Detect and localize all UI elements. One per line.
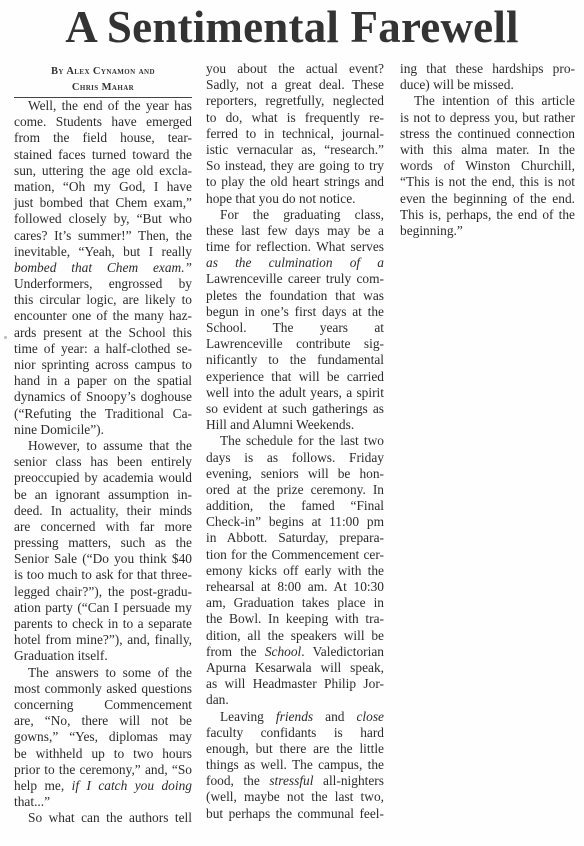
text-line: Graduation itself. [14, 648, 192, 664]
text-line: parents to check in to a separate [14, 616, 192, 632]
text-line: most commonly asked questions [14, 681, 192, 697]
text-line: legged chair?”), the post-gradu- [14, 584, 192, 600]
text-line: time of year: a half-clothed se- [14, 341, 192, 357]
text-line: experience that will be carried [206, 369, 384, 385]
text-line: in Abbott. Saturday, prepara- [206, 530, 384, 546]
text-line: beginning.” [400, 223, 575, 239]
text-line: dynamics of Snoopy’s doghouse [14, 389, 192, 405]
text-line: time for reflection. What serves [206, 239, 384, 255]
text-line: so evident at such gatherings as [206, 401, 384, 417]
text-line: with this alma mater. In the [400, 142, 575, 158]
text-line: faculty confidants is hard [206, 725, 384, 741]
text-line: (well, maybe not the last two, [206, 789, 384, 805]
article-column-2: you about the actual event?Sadly, not a … [206, 61, 384, 822]
column-2-text: you about the actual event?Sadly, not a … [206, 61, 384, 822]
text-line: Hill and Alumni Weekends. [206, 417, 384, 433]
text-line: deed. In actuality, their minds [14, 503, 192, 519]
text-line: nior sprinting across campus to [14, 357, 192, 373]
text-line: the Bowl. In keeping with tra- [206, 611, 384, 627]
text-line: things as well. The campus, the [206, 757, 384, 773]
text-line: gowns,” “Yes, diplomas may [14, 729, 192, 745]
text-line: you about the actual event? [206, 61, 384, 77]
text-line: be an ignorant assumption in- [14, 487, 192, 503]
column-1-text: Well, the end of the year hascome. Stude… [14, 98, 192, 826]
text-line: “This is not the end, this is not [400, 174, 575, 190]
byline: By Alex Cynamon and Chris Mahar [14, 64, 192, 96]
text-line: to do, what is frequently re- [206, 110, 384, 126]
text-line: enough, but there are the little [206, 741, 384, 757]
text-line: concerning Commencement [14, 697, 192, 713]
article-headline: A Sentimental Farewell [0, 2, 584, 52]
text-line: Check-in” begins at 11:00 pm [206, 514, 384, 530]
text-line: stress the continued connection [400, 126, 575, 142]
text-line: Underformers, engrossed by [14, 276, 192, 292]
text-line: this circular logic, are likely to [14, 292, 192, 308]
text-line: hotel from mine?”), and, finally, [14, 632, 192, 648]
text-line: So what can the authors tell [14, 810, 192, 826]
text-line: reporters, regretfully, neglected [206, 93, 384, 109]
text-line: tion for the Commencement cer- [206, 547, 384, 563]
text-line: dan. [206, 692, 384, 708]
text-line: addition, the famed “Final [206, 498, 384, 514]
text-line: that...” [14, 794, 192, 810]
text-line: are, “No, there will not be [14, 713, 192, 729]
text-line: Sadly, not a great deal. These [206, 77, 384, 93]
text-line: well into the adult years, a spirit [206, 385, 384, 401]
text-line: emony kicks off early with the [206, 563, 384, 579]
text-line: The schedule for the last two [206, 433, 384, 449]
text-line: Lawrenceville contribute sig- [206, 336, 384, 352]
text-line: dition, all the speakers will be [206, 628, 384, 644]
text-line: as will Headmaster Philip Jor- [206, 676, 384, 692]
text-line: begun in one’s first days at the [206, 304, 384, 320]
column-3-text: ing that these hardships pro-duce) will … [400, 61, 575, 239]
text-line: Lawrenceville career truly com- [206, 271, 384, 287]
byline-line-2: Chris Mahar [14, 80, 192, 96]
text-line: ation party (“Can I persuade my [14, 600, 192, 616]
text-line: istic vernacular as, “research.” [206, 142, 384, 158]
text-line: just bombed that Chem exam,” [14, 195, 192, 211]
text-line: pletes the foundation that was [206, 288, 384, 304]
article-column-3: ing that these hardships pro-duce) will … [400, 61, 575, 239]
text-line: stained faces turned toward the [14, 147, 192, 163]
text-line: food, the stressful all-nighters [206, 773, 384, 789]
text-line: inevitable, “Yeah, but I really [14, 244, 192, 260]
text-line: evening, seniors will be hon- [206, 466, 384, 482]
text-line: even the beginning of the end. [400, 191, 575, 207]
text-line: However, to assume that the [14, 438, 192, 454]
text-line: hand in a paper on the spatial [14, 373, 192, 389]
text-line: but perhaps the communal feel- [206, 806, 384, 822]
text-line: senior class has been entirely [14, 454, 192, 470]
text-line: these last few days may be a [206, 223, 384, 239]
text-line: Well, the end of the year has [14, 98, 192, 114]
text-line: School. The years at [206, 320, 384, 336]
text-line: Leaving friends and close [206, 709, 384, 725]
text-line: prior to the ceremony,” and, “So [14, 762, 192, 778]
text-line: cares? It’s summer!” Then, the [14, 228, 192, 244]
text-line: Senior Sale (“Do you think $40 [14, 551, 192, 567]
text-line: ored at the prize ceremony. In [206, 482, 384, 498]
text-line: ing that these hardships pro- [400, 61, 575, 77]
text-line: come. Students have emerged [14, 114, 192, 130]
text-line: from the field house, tear- [14, 130, 192, 146]
text-line: So instead, they are going to try [206, 158, 384, 174]
text-line: (“Refuting the Traditional Ca- [14, 406, 192, 422]
text-line: am, Graduation takes place in [206, 595, 384, 611]
text-line: nine Domicile”). [14, 422, 192, 438]
text-line: as the culmination of a [206, 255, 384, 271]
text-line: is too much to ask for that three- [14, 567, 192, 583]
text-line: duce) will be missed. [400, 77, 575, 93]
text-line: pressing matters, such as the [14, 535, 192, 551]
text-line: hope that you do not notice. [206, 191, 384, 207]
text-line: days is as follows. Friday [206, 450, 384, 466]
text-line: words of Winston Churchill, [400, 158, 575, 174]
text-line: ards present at the School this [14, 325, 192, 341]
text-line: bombed that Chem exam.” [14, 260, 192, 276]
text-line: from the School. Valedictorian [206, 644, 384, 660]
text-line: rehearsal at 8:00 am. At 10:30 [206, 579, 384, 595]
text-line: This is, perhaps, the end of the [400, 207, 575, 223]
text-line: For the graduating class, [206, 207, 384, 223]
text-line: help me, if I catch you doing [14, 778, 192, 794]
text-line: The intention of this article [400, 93, 575, 109]
text-line: encounter one of the many haz- [14, 308, 192, 324]
text-line: preoccupied by academia would [14, 470, 192, 486]
text-line: mation, “Oh my God, I have [14, 179, 192, 195]
scan-speck [4, 336, 7, 339]
text-line: to play the old heart strings and [206, 174, 384, 190]
text-line: ferred to in technical, journal- [206, 126, 384, 142]
text-line: is not to depress you, but rather [400, 110, 575, 126]
text-line: The answers to some of the [14, 665, 192, 681]
newspaper-page: A Sentimental Farewell By Alex Cynamon a… [0, 0, 584, 846]
byline-line-1: By Alex Cynamon and [14, 64, 192, 80]
text-line: Apurna Kesarwala will speak, [206, 660, 384, 676]
article-column-1: By Alex Cynamon and Chris Mahar Well, th… [14, 64, 192, 826]
text-line: followed closely by, “But who [14, 211, 192, 227]
text-line: nificantly to the fundamental [206, 352, 384, 368]
text-line: be withheld up to two hours [14, 746, 192, 762]
text-line: sun, uttering the age old excla- [14, 163, 192, 179]
text-line: are concerned with far more [14, 519, 192, 535]
